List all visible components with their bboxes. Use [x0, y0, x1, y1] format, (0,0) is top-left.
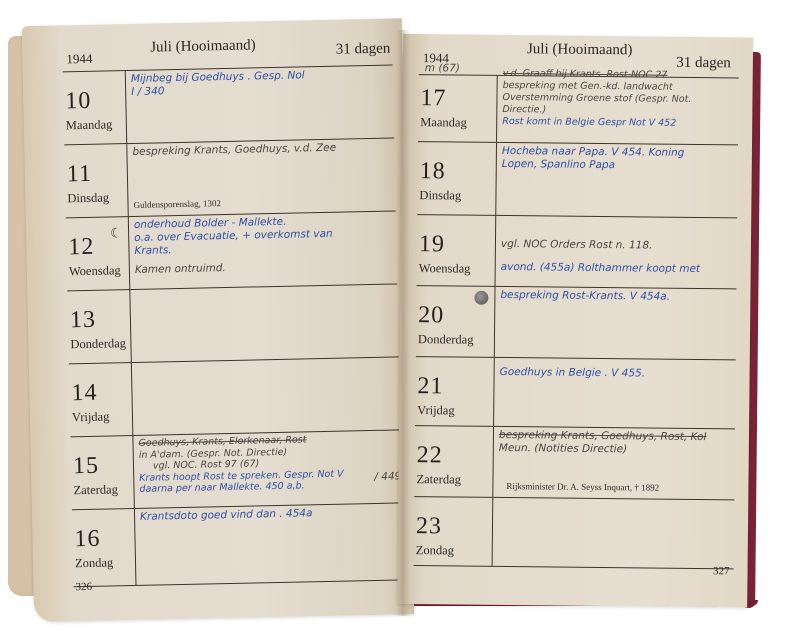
day-label: 21 Vrijdag — [415, 357, 476, 426]
day-row: 14 Vrijdag — [69, 357, 400, 437]
weekday-name: Zondag — [75, 555, 113, 571]
day-row: 15 Zaterdag Goedhuys, Krants, Elorkenaar… — [70, 430, 401, 510]
day-row: 23 Zondag — [414, 497, 735, 569]
weekday-name: Vrijdag — [417, 403, 455, 418]
weekday-name: Donderdag — [70, 336, 126, 352]
day-number: 22 — [417, 442, 443, 469]
handwritten-note: bespreking Krants, Goedhuys, v.d. Zee — [132, 141, 390, 159]
day-notes — [135, 287, 394, 360]
weekday-name: Zaterdag — [416, 472, 461, 487]
day-number: 21 — [417, 373, 443, 400]
day-row: 19 Woensdag vgl. NOC Orders Rost n. 118.… — [417, 215, 738, 289]
handwritten-note: vgl. NOC Orders Rost n. 118. — [501, 238, 733, 253]
day-row: 22 Zaterdag bespreking Krants, Goedhuys,… — [414, 426, 735, 500]
day-notes: Mijnbeg bij Goedhuys . Gesp. Nol I / 340 — [131, 68, 390, 141]
day-label: 16 Zondag — [72, 509, 134, 586]
day-number: 19 — [419, 231, 445, 258]
column-divider — [129, 290, 132, 362]
day-label: 20 Donderdag — [416, 286, 477, 357]
column-divider — [492, 498, 494, 566]
month-title: Juli (Hooimaand) — [150, 37, 256, 56]
handwritten-note: Krantsdoto goed vind dan . 454a — [140, 505, 398, 523]
day-notes: vgl. NOC Orders Rost n. 118. avond. (455… — [501, 238, 733, 286]
day-label: 13 Donderdag — [67, 290, 128, 363]
column-divider — [125, 71, 128, 143]
day-notes: onderhoud Bolder - Mallekte. o.a. over E… — [134, 214, 393, 287]
day-row: 13 Donderdag — [67, 284, 398, 364]
day-row: 21 Vrijdag Goedhuys in Belgie . V 455. — [415, 357, 736, 429]
day-number: 10 — [65, 88, 92, 116]
day-grid: 17 Maandag v.d. Graaff bij Krants. Rost-… — [414, 75, 739, 569]
column-divider — [131, 363, 134, 435]
day-notes: v.d. Graaff bij Krants. Rost-NOC 27 besp… — [502, 68, 735, 142]
weekday-name: Donderdag — [418, 332, 474, 348]
day-number: 20 — [418, 302, 444, 329]
day-notes: Goedhuys in Belgie . V 455. — [499, 366, 732, 426]
page-header: 1944 Juli (Hooimaand) 31 dagen — [66, 33, 393, 70]
day-row: 18 Dinsdag Hocheba naar Papa. V 454. Kon… — [417, 142, 738, 218]
day-label: 22 Zaterdag — [414, 426, 475, 497]
page-header: 1944 Juli (Hooimaand) 31 dagen — [423, 38, 733, 71]
column-divider — [495, 216, 497, 286]
day-row: 12 Woensdag ☾ onderhoud Bolder - Mallekt… — [66, 211, 397, 291]
column-divider — [492, 427, 494, 497]
right-page: 1944 Juli (Hooimaand) 31 dagen m (67) 17… — [397, 34, 753, 608]
day-number: 12 — [68, 234, 95, 262]
day-label: 11 Dinsdag — [64, 144, 125, 217]
column-divider — [495, 143, 497, 215]
day-notes: bespreking Rost-Krants. V 454a. — [500, 289, 733, 357]
day-row: 16 Zondag Krantsdoto goed vind dan . 454… — [72, 503, 404, 587]
handwritten-note: bespreking Rost-Krants. V 454a. — [500, 289, 732, 304]
day-label: 19 Woensdag — [417, 215, 478, 286]
column-divider — [126, 144, 129, 216]
full-moon-icon — [474, 291, 488, 305]
weekday-name: Dinsdag — [67, 190, 109, 206]
page-number: 327 — [713, 565, 730, 577]
open-diary: 1944 Juli (Hooimaand) 31 dagen 10 Maanda… — [0, 0, 800, 640]
day-row: 10 Maandag Mijnbeg bij Goedhuys . Gesp. … — [63, 65, 394, 145]
day-number: 15 — [73, 453, 100, 481]
page-number: 326 — [75, 581, 92, 593]
day-notes: Goedhuys, Krants, Elorkenaar, Rost in A'… — [138, 432, 397, 505]
day-row: 20 Donderdag bespreking Rost-Krants. V 4… — [416, 286, 737, 360]
day-label: 14 Vrijdag — [69, 363, 130, 436]
day-number: 14 — [71, 380, 98, 408]
day-row: 11 Dinsdag bespreking Krants, Goedhuys, … — [64, 138, 395, 218]
handwritten-note: Goedhuys in Belgie . V 455. — [500, 366, 732, 381]
day-number: 23 — [416, 513, 442, 540]
handwritten-note: Meun. (Notities Directie) — [499, 442, 731, 457]
weekday-name: Zondag — [416, 543, 454, 558]
column-divider — [134, 509, 137, 585]
weekday-name: Dinsdag — [419, 188, 461, 203]
handwritten-note: Kamen ontruimd. — [135, 259, 393, 277]
column-divider — [493, 358, 495, 426]
book-gutter — [396, 30, 410, 616]
weekday-name: Maandag — [66, 117, 113, 133]
month-title: Juli (Hooimaand) — [527, 41, 633, 59]
day-label: 18 Dinsdag — [417, 142, 478, 215]
day-label: 15 Zaterdag — [70, 436, 131, 509]
day-label: 10 Maandag — [63, 71, 124, 144]
day-label: 23 Zondag — [414, 497, 475, 566]
day-row: 17 Maandag v.d. Graaff bij Krants. Rost-… — [418, 75, 739, 145]
weekday-name: Woensdag — [69, 263, 121, 279]
day-number: 16 — [74, 526, 101, 554]
day-number: 11 — [67, 161, 93, 189]
days-in-month: 31 dagen — [336, 41, 391, 59]
weekday-name: Maandag — [420, 115, 467, 130]
year-label: 1944 — [66, 51, 92, 68]
day-notes — [498, 500, 731, 566]
column-divider — [132, 436, 135, 508]
handwritten-note: Lopen, Spanlino Papa — [502, 158, 734, 173]
weekday-name: Woensdag — [419, 261, 471, 277]
day-notes — [137, 360, 396, 433]
day-notes: Krantsdoto goed vind dan . 454a — [140, 505, 399, 582]
day-label: 17 Maandag — [418, 75, 479, 142]
day-number: 18 — [420, 158, 446, 185]
printed-anniversary: Rijksminister Dr. A. Seyss Inquart, † 18… — [506, 481, 659, 493]
weekday-name: Vrijdag — [72, 410, 110, 426]
column-divider — [128, 217, 131, 289]
handwritten-note: Rost komt in Belgie Gespr Not V 452 — [502, 116, 734, 130]
handwritten-note: avond. (455a) Rolthammer koopt met — [501, 261, 733, 276]
weekday-name: Zaterdag — [73, 482, 118, 498]
day-grid: 10 Maandag Mijnbeg bij Goedhuys . Gesp. … — [63, 65, 404, 587]
column-divider — [494, 287, 496, 357]
corner-annotation: m (67) — [425, 62, 460, 74]
left-page: 1944 Juli (Hooimaand) 31 dagen 10 Maanda… — [22, 18, 414, 622]
day-notes: Hocheba naar Papa. V 454. Koning Lopen, … — [501, 145, 734, 215]
day-number: 17 — [420, 85, 446, 112]
printed-anniversary: Guldensporenslag, 1302 — [133, 198, 221, 210]
column-divider — [496, 76, 498, 142]
day-number: 13 — [70, 307, 97, 335]
